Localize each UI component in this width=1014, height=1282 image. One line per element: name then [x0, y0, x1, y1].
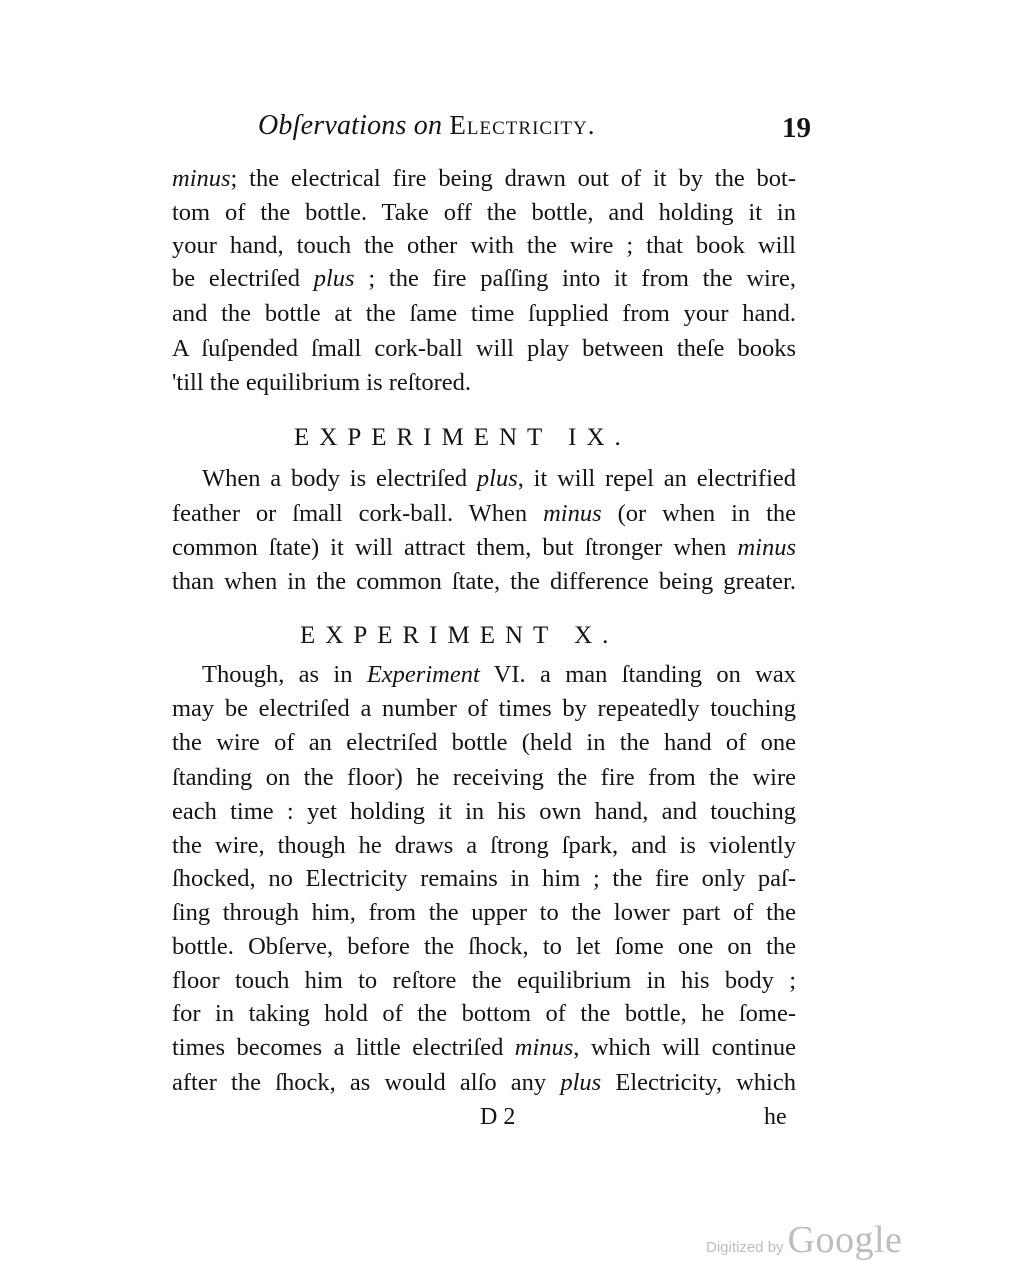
text-line: Though, as in Experiment VI. a man ſtand… [172, 658, 796, 692]
text-line: than when in the common ſtate, the diffe… [172, 565, 796, 599]
text-line: may be electriſed a number of times by r… [172, 692, 796, 726]
italic-word: plus [477, 465, 518, 492]
line-text: Though, as in [202, 661, 367, 688]
text-line: minus; the electrical fire being drawn o… [172, 162, 796, 196]
text-line: ſing through him, from the upper to the … [172, 896, 796, 930]
italic-word: plus [314, 265, 355, 292]
page-number: 19 [782, 112, 811, 145]
running-head: Obſervations on Electricity. 19 [258, 110, 803, 150]
line-text: times becomes a little electriſed [172, 1034, 515, 1061]
book-page: Obſervations on Electricity. 19 minus; t… [0, 0, 1014, 1282]
text-line: common ſtate) it will attract them, but … [172, 531, 796, 565]
line-text: be electriſed [172, 265, 314, 292]
line-text: feather or ſmall cork-ball. When [172, 500, 543, 527]
experiment-10-heading: EXPERIMENT X. [300, 622, 618, 650]
text-line: When a body is electriſed plus, it will … [172, 462, 796, 496]
line-text: , it will repel an electrified [518, 465, 796, 492]
text-line: be electriſed plus ; the fire paſſing in… [172, 262, 796, 296]
line-text: after the ſhock, as would alſo any [172, 1069, 560, 1096]
text-line: A ſuſpended ſmall cork-ball will play be… [172, 332, 796, 366]
text-line: bottle. Obſerve, before the ſhock, to le… [172, 930, 796, 964]
text-line: and the bottle at the ſame time ſupplied… [172, 297, 796, 331]
experiment-9-heading: EXPERIMENT IX. [294, 424, 631, 452]
text-line: after the ſhock, as would alſo any plus … [172, 1066, 796, 1100]
italic-word: Experiment [367, 661, 480, 688]
line-text: , which will continue [573, 1034, 796, 1061]
line-text: When a body is electriſed [202, 465, 477, 492]
text-line: your hand, touch the other with the wire… [172, 229, 796, 263]
line-text: (or when in the [602, 500, 796, 527]
italic-word: plus [560, 1069, 601, 1096]
line-text: Electricity, which [601, 1069, 796, 1096]
italic-word: minus [515, 1034, 574, 1061]
text-line: the wire, though he draws a ſtrong ſpark… [172, 829, 796, 863]
text-line: 'till the equilibrium is reſtored. [172, 366, 796, 400]
google-logo: Google [788, 1219, 903, 1261]
catchword: he [764, 1104, 787, 1131]
line-text: VI. a man ſtanding on wax [480, 661, 796, 688]
line-text: common ſtate) it will attract them, but … [172, 534, 737, 561]
signature-mark: D 2 [480, 1104, 515, 1131]
text-line: ſtanding on the floor) he receiving the … [172, 761, 796, 795]
text-line: feather or ſmall cork-ball. When minus (… [172, 497, 796, 531]
text-line: tom of the bottle. Take off the bottle, … [172, 196, 796, 230]
text-line: ſhocked, no Electricity remains in him ;… [172, 862, 796, 896]
watermark-prefix: Digitized by [706, 1239, 784, 1256]
running-head-italic: Obſervations on [258, 110, 442, 141]
text-line: each time : yet holding it in his own ha… [172, 795, 796, 829]
running-head-title: Obſervations on Electricity. [258, 110, 595, 142]
line-text: ; the electrical fire being drawn out of… [231, 165, 796, 192]
line-text: ; the fire paſſing into it from the wire… [355, 265, 796, 292]
running-head-caps: Electricity. [449, 110, 595, 140]
text-line: floor touch him to reſtore the equilibri… [172, 964, 796, 998]
digitized-by-google-watermark: Digitized by Google [706, 1218, 902, 1262]
text-line: times becomes a little electriſed minus,… [172, 1031, 796, 1065]
text-line: the wire of an electriſed bottle (held i… [172, 726, 796, 760]
italic-word: minus [172, 165, 231, 192]
italic-word: minus [543, 500, 602, 527]
italic-word: minus [737, 534, 796, 561]
text-line: for in taking hold of the bottom of the … [172, 997, 796, 1031]
